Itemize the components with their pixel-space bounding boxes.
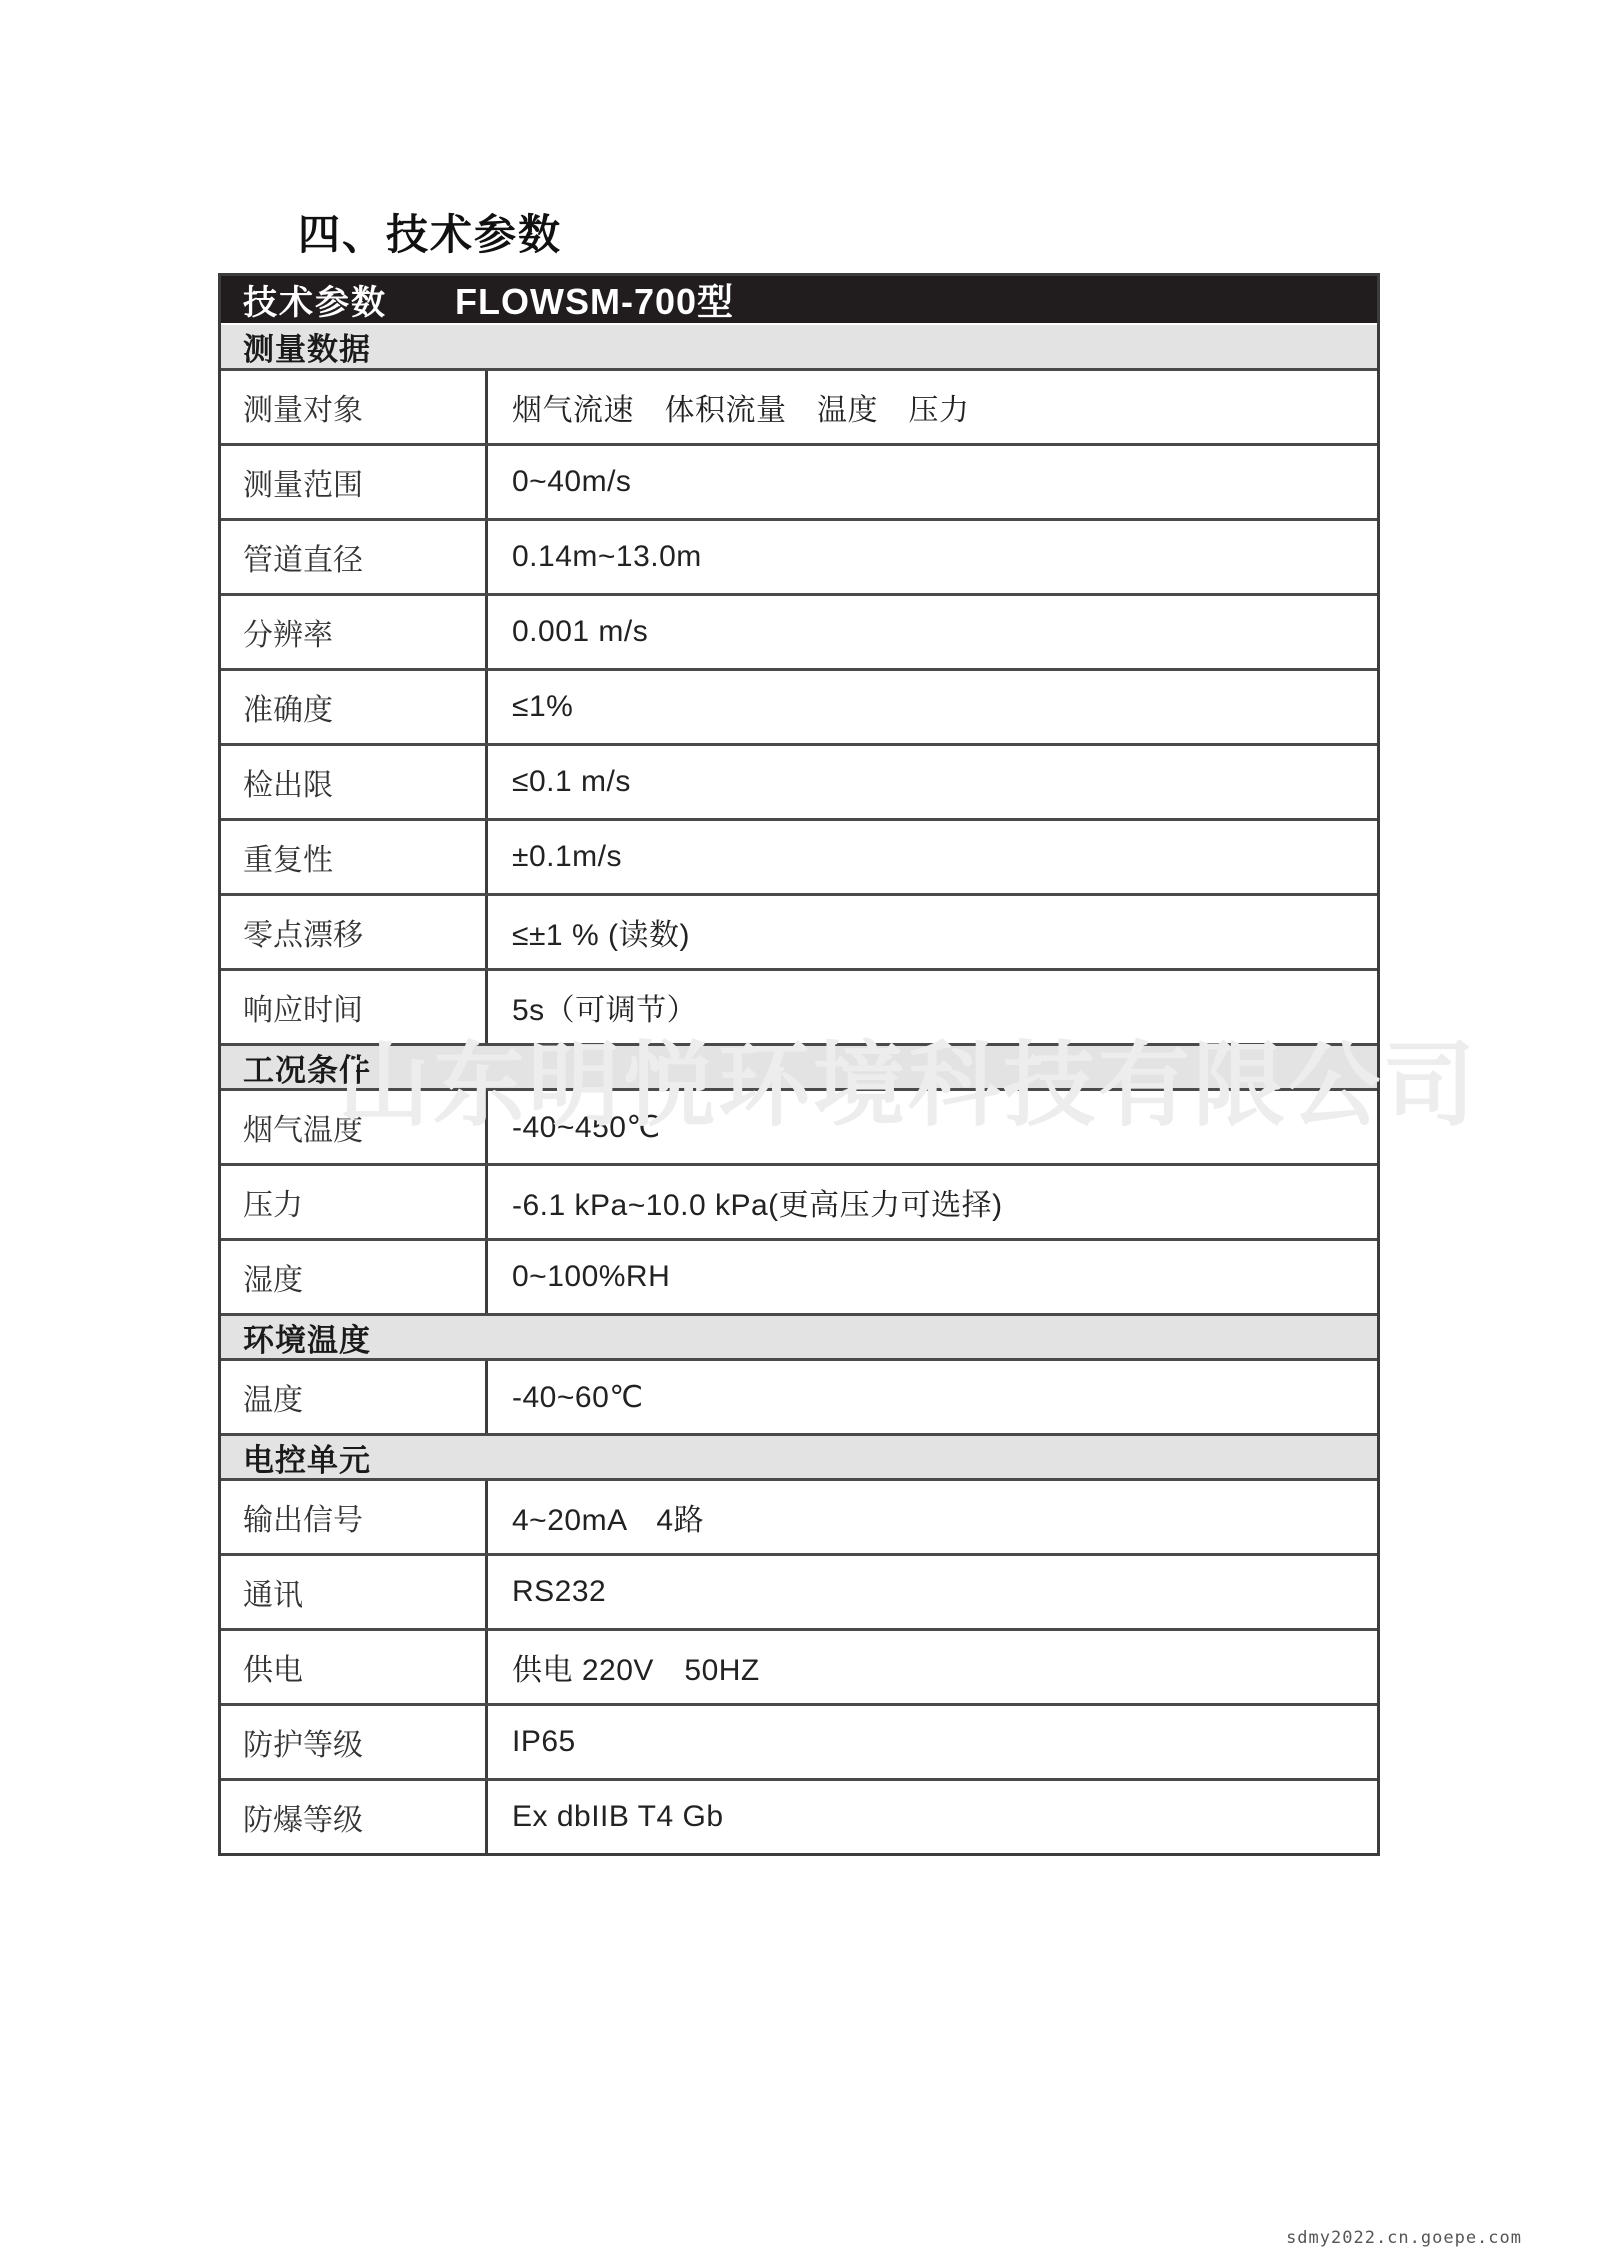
table-row: 供电 供电 220V 50HZ (221, 1628, 1377, 1703)
table-row: 防护等级 IP65 (221, 1703, 1377, 1778)
table-row: 零点漂移 ≤±1 % (读数) (221, 893, 1377, 968)
table-row: 输出信号 4~20mA 4路 (221, 1478, 1377, 1553)
row-value: 5s（可调节） (488, 971, 1377, 1043)
row-label: 通讯 (221, 1556, 488, 1628)
row-label: 准确度 (221, 671, 488, 743)
row-value: -40~60℃ (488, 1361, 1377, 1433)
row-label: 重复性 (221, 821, 488, 893)
row-value: 0~100%RH (488, 1241, 1377, 1313)
section-header-electronic-control-unit: 电控单元 (221, 1433, 1377, 1478)
row-label: 烟气温度 (221, 1091, 488, 1163)
row-label: 管道直径 (221, 521, 488, 593)
table-row: 湿度 0~100%RH (221, 1238, 1377, 1313)
row-label: 输出信号 (221, 1481, 488, 1553)
row-label: 响应时间 (221, 971, 488, 1043)
row-label: 分辨率 (221, 596, 488, 668)
table-row: 管道直径 0.14m~13.0m (221, 518, 1377, 593)
table-row: 温度 -40~60℃ (221, 1358, 1377, 1433)
row-value: 0~40m/s (488, 446, 1377, 518)
footer-watermark-url: sdmy2022.cn.goepe.com (1286, 2228, 1522, 2248)
row-value: 0.14m~13.0m (488, 521, 1377, 593)
table-header: 技术参数 FLOWSM-700型 (221, 276, 1377, 323)
row-label: 检出限 (221, 746, 488, 818)
table-row: 分辨率 0.001 m/s (221, 593, 1377, 668)
row-value: Ex dbIIB T4 Gb (488, 1781, 1377, 1853)
table-row: 防爆等级 Ex dbIIB T4 Gb (221, 1778, 1377, 1853)
row-value: ≤0.1 m/s (488, 746, 1377, 818)
row-label: 测量对象 (221, 371, 488, 443)
row-value: RS232 (488, 1556, 1377, 1628)
spec-table: 技术参数 FLOWSM-700型 测量数据 测量对象 烟气流速 体积流量 温度 … (218, 273, 1380, 1856)
row-label: 供电 (221, 1631, 488, 1703)
row-value: ±0.1m/s (488, 821, 1377, 893)
row-value: 供电 220V 50HZ (488, 1631, 1377, 1703)
table-row: 准确度 ≤1% (221, 668, 1377, 743)
row-value: ≤1% (488, 671, 1377, 743)
section-header-operating-conditions: 工况条件 (221, 1043, 1377, 1088)
document-page: 四、技术参数 技术参数 FLOWSM-700型 测量数据 测量对象 烟气流速 体… (0, 0, 1600, 2262)
table-header-title: 技术参数 (221, 275, 387, 324)
table-row: 压力 -6.1 kPa~10.0 kPa(更高压力可选择) (221, 1163, 1377, 1238)
row-value: 0.001 m/s (488, 596, 1377, 668)
row-value: -40~450℃ (488, 1091, 1377, 1163)
table-row: 检出限 ≤0.1 m/s (221, 743, 1377, 818)
row-label: 防护等级 (221, 1706, 488, 1778)
table-row: 重复性 ±0.1m/s (221, 818, 1377, 893)
row-label: 防爆等级 (221, 1781, 488, 1853)
row-label: 测量范围 (221, 446, 488, 518)
row-label: 零点漂移 (221, 896, 488, 968)
table-row: 测量对象 烟气流速 体积流量 温度 压力 (221, 368, 1377, 443)
table-row: 烟气温度 -40~450℃ (221, 1088, 1377, 1163)
row-value: -6.1 kPa~10.0 kPa(更高压力可选择) (488, 1166, 1377, 1238)
row-value: ≤±1 % (读数) (488, 896, 1377, 968)
page-title: 四、技术参数 (298, 210, 562, 260)
table-row: 通讯 RS232 (221, 1553, 1377, 1628)
row-value: IP65 (488, 1706, 1377, 1778)
row-label: 湿度 (221, 1241, 488, 1313)
section-header-measurement-data: 测量数据 (221, 323, 1377, 368)
row-value: 烟气流速 体积流量 温度 压力 (488, 371, 1377, 443)
row-value: 4~20mA 4路 (488, 1481, 1377, 1553)
section-header-ambient-temperature: 环境温度 (221, 1313, 1377, 1358)
row-label: 压力 (221, 1166, 488, 1238)
row-label: 温度 (221, 1361, 488, 1433)
table-header-model: FLOWSM-700型 (455, 274, 734, 325)
table-row: 测量范围 0~40m/s (221, 443, 1377, 518)
table-row: 响应时间 5s（可调节） (221, 968, 1377, 1043)
